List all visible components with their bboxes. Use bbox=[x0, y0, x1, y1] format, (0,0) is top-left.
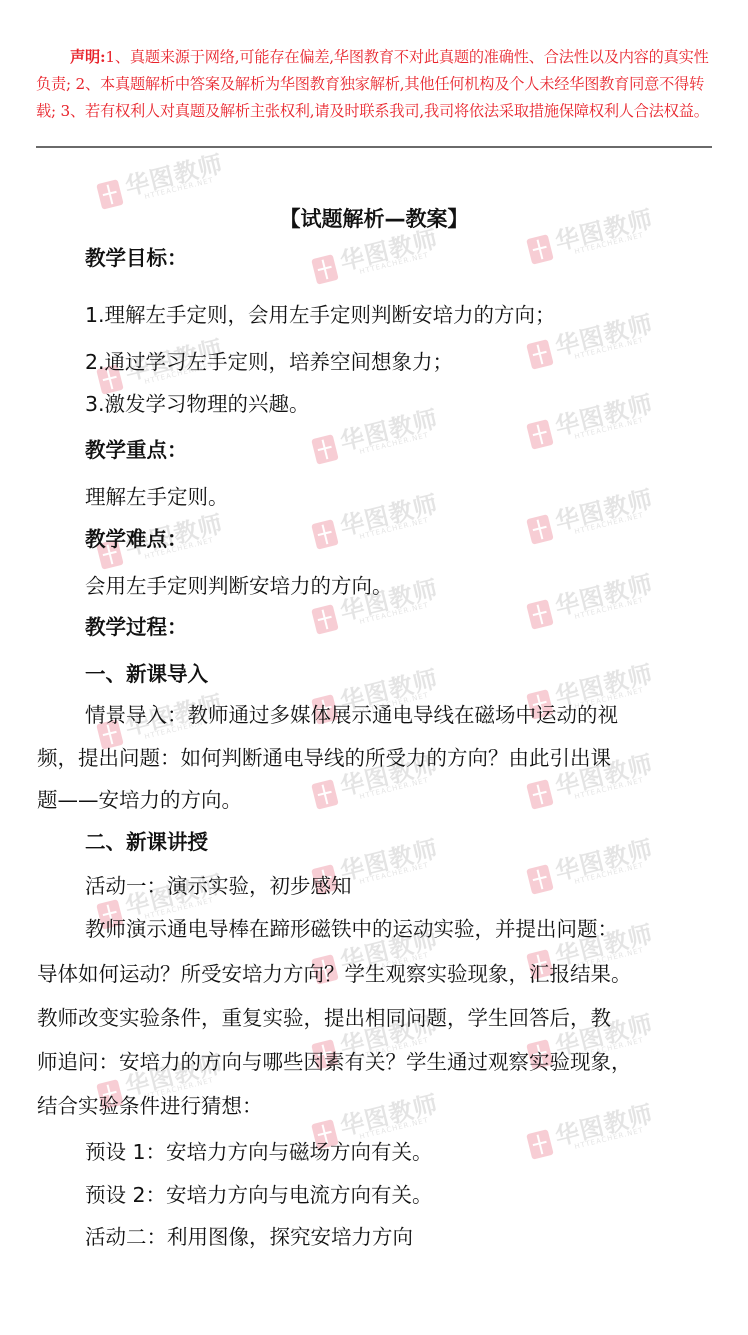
watermark-name: 华图教师 bbox=[551, 304, 656, 362]
watermark-name: 华图教师 bbox=[336, 1084, 441, 1142]
watermark: 华图教师HTTEACHER.NET bbox=[523, 824, 664, 914]
huatu-logo-icon bbox=[311, 519, 339, 550]
watermark-subtitle: HTTEACHER.NET bbox=[574, 596, 645, 621]
huatu-logo-icon bbox=[526, 599, 554, 630]
watermark-subtitle: HTTEACHER.NET bbox=[144, 176, 215, 201]
watermark-subtitle: HTTEACHER.NET bbox=[574, 511, 645, 536]
huatu-logo-icon bbox=[311, 779, 339, 810]
watermark-subtitle: HTTEACHER.NET bbox=[574, 776, 645, 801]
goal-2: 2.通过学习左手定则，培养空间想象力； bbox=[85, 347, 453, 377]
watermark-subtitle: HTTEACHER.NET bbox=[359, 861, 430, 886]
paragraph-line: 结合实验条件进行猜想： bbox=[37, 1091, 263, 1121]
huatu-logo-icon bbox=[526, 779, 554, 810]
paragraph-line: 题——安培力的方向。 bbox=[37, 785, 242, 815]
huatu-logo-icon bbox=[311, 254, 339, 285]
disclaimer-text: 1、真题来源于网络,可能存在偏差,华图教育不对此真题的准确性、合法性以及内容的真… bbox=[36, 48, 709, 120]
watermark-name: 华图教师 bbox=[336, 484, 441, 542]
heading-key-points: 教学重点： bbox=[85, 435, 188, 465]
disclaimer-lead: 声明: bbox=[70, 48, 105, 66]
watermark-name: 华图教师 bbox=[551, 479, 656, 537]
huatu-logo-icon bbox=[526, 864, 554, 895]
paragraph-line: 教师演示通电导棒在蹄形磁铁中的运动实验，并提出问题： bbox=[85, 914, 618, 944]
watermark-name: 华图教师 bbox=[551, 829, 656, 887]
paragraph-line: 情景导入：教师通过多媒体展示通电导线在磁场中运动的视 bbox=[85, 700, 618, 730]
watermark-name: 华图教师 bbox=[551, 384, 656, 442]
section-2-heading: 二、新课讲授 bbox=[85, 827, 208, 857]
watermark: 华图教师HTTEACHER.NET bbox=[523, 1089, 664, 1179]
watermark: 华图教师HTTEACHER.NET bbox=[523, 559, 664, 649]
paragraph-line: 教师改变实验条件，重复实验，提出相同问题，学生回答后，教 bbox=[37, 1003, 611, 1033]
difficulty-text: 会用左手定则判断安培力的方向。 bbox=[85, 571, 393, 601]
watermark-name: 华图教师 bbox=[336, 829, 441, 887]
paragraph-line: 师追问：安培力的方向与哪些因素有关？学生通过观察实验现象， bbox=[37, 1047, 632, 1077]
watermark: 华图教师HTTEACHER.NET bbox=[523, 474, 664, 564]
watermark-subtitle: HTTEACHER.NET bbox=[359, 431, 430, 456]
watermark: 华图教师HTTEACHER.NET bbox=[308, 479, 449, 569]
disclaimer-notice: 声明:1、真题来源于网络,可能存在偏差,华图教育不对此真题的准确性、合法性以及内… bbox=[36, 44, 712, 125]
goal-3: 3.激发学习物理的兴趣。 bbox=[85, 389, 310, 419]
watermark: 华图教师HTTEACHER.NET bbox=[523, 379, 664, 469]
watermark: 华图教师HTTEACHER.NET bbox=[308, 394, 449, 484]
paragraph-line: 导体如何运动？所受安培力方向？学生观察实验现象，汇报结果。 bbox=[37, 959, 632, 989]
header-divider bbox=[36, 146, 712, 148]
watermark-name: 华图教师 bbox=[336, 399, 441, 457]
watermark-subtitle: HTTEACHER.NET bbox=[574, 416, 645, 441]
heading-teaching-goals: 教学目标： bbox=[85, 243, 188, 273]
document-title: 【试题解析—教案】 bbox=[0, 204, 748, 234]
section-1-heading: 一、新课导入 bbox=[85, 659, 208, 689]
huatu-logo-icon bbox=[526, 419, 554, 450]
hypothesis-2: 预设 2：安培力方向与电流方向有关。 bbox=[85, 1180, 433, 1210]
watermark-subtitle: HTTEACHER.NET bbox=[574, 231, 645, 256]
huatu-logo-icon bbox=[526, 234, 554, 265]
goal-1: 1.理解左手定则，会用左手定则判断安培力的方向； bbox=[85, 300, 556, 330]
huatu-logo-icon bbox=[526, 514, 554, 545]
watermark-subtitle: HTTEACHER.NET bbox=[574, 861, 645, 886]
heading-difficulties: 教学难点： bbox=[85, 524, 188, 554]
watermark-subtitle: HTTEACHER.NET bbox=[359, 601, 430, 626]
huatu-logo-icon bbox=[311, 604, 339, 635]
key-point-text: 理解左手定则。 bbox=[85, 482, 229, 512]
activity-2-heading: 活动二：利用图像，探究安培力方向 bbox=[85, 1222, 413, 1252]
watermark-name: 华图教师 bbox=[551, 564, 656, 622]
huatu-logo-icon bbox=[526, 339, 554, 370]
watermark-subtitle: HTTEACHER.NET bbox=[359, 516, 430, 541]
watermark-name: 华图教师 bbox=[121, 144, 226, 202]
huatu-logo-icon bbox=[311, 434, 339, 465]
watermark-name: 华图教师 bbox=[551, 1094, 656, 1152]
hypothesis-1: 预设 1：安培力方向与磁场方向有关。 bbox=[85, 1137, 433, 1167]
paragraph-line: 频，提出问题：如何判断通电导线的所受力的方向？由此引出课 bbox=[37, 743, 611, 773]
watermark-subtitle: HTTEACHER.NET bbox=[359, 251, 430, 276]
huatu-logo-icon bbox=[526, 1129, 554, 1160]
watermark-subtitle: HTTEACHER.NET bbox=[574, 336, 645, 361]
watermark-subtitle: HTTEACHER.NET bbox=[574, 1126, 645, 1151]
heading-teaching-process: 教学过程： bbox=[85, 612, 188, 642]
watermark-subtitle: HTTEACHER.NET bbox=[359, 776, 430, 801]
activity-1-heading: 活动一：演示实验，初步感知 bbox=[85, 871, 352, 901]
